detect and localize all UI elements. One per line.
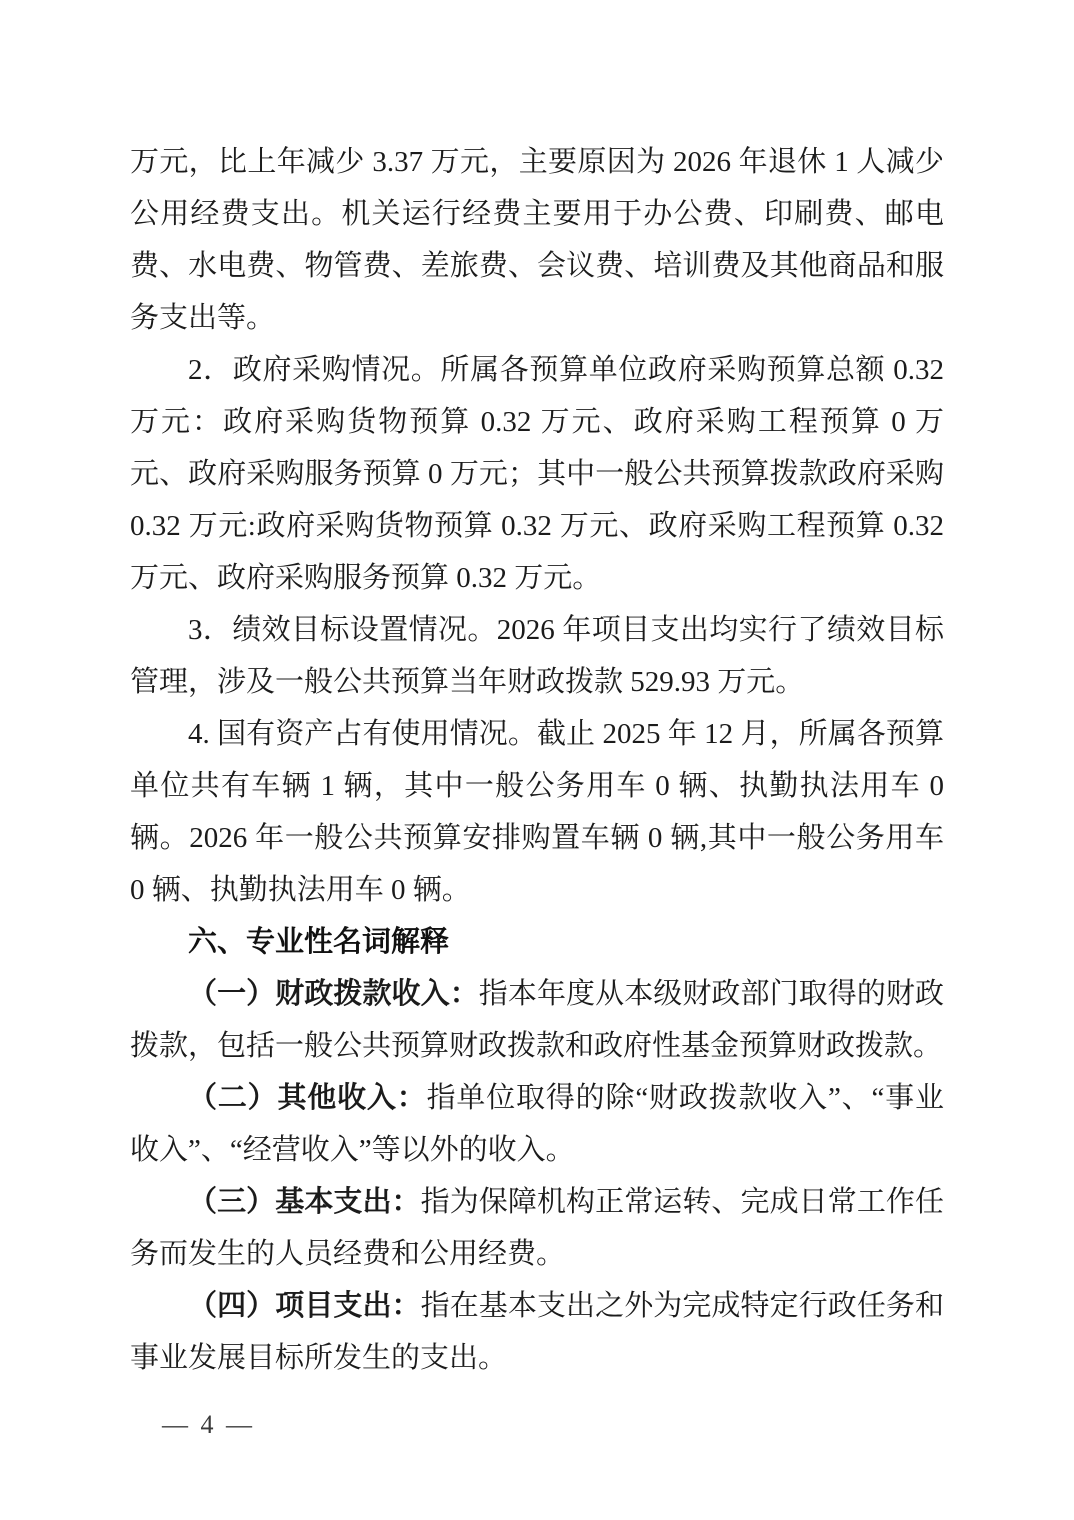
paragraph-operating-expenses-continuation: 万元，比上年减少 3.37 万元，主要原因为 2026 年退休 1 人减少公用经… [130, 136, 944, 344]
document-body: 万元，比上年减少 3.37 万元，主要原因为 2026 年退休 1 人减少公用经… [130, 136, 944, 1384]
definition-term: （三）基本支出： [188, 1186, 421, 1218]
page-number: — 4 — [162, 1410, 255, 1440]
paragraph-government-procurement: 2．政府采购情况。所属各预算单位政府采购预算总额 0.32 万元：政府采购货物预… [130, 344, 944, 604]
definition-basic-expenditure: （三）基本支出：指为保障机构正常运转、完成日常工作任务而发生的人员经费和公用经费… [130, 1176, 944, 1280]
paragraph-state-owned-assets: 4. 国有资产占有使用情况。截止 2025 年 12 月，所属各预算单位共有车辆… [130, 708, 944, 916]
definition-other-income: （二）其他收入：指单位取得的除“财政拨款收入”、“事业收入”、“经营收入”等以外… [130, 1072, 944, 1176]
definition-term: （一）财政拨款收入： [188, 978, 479, 1010]
definition-project-expenditure: （四）项目支出：指在基本支出之外为完成特定行政任务和事业发展目标所发生的支出。 [130, 1280, 944, 1384]
definition-fiscal-appropriation-income: （一）财政拨款收入：指本年度从本级财政部门取得的财政拨款，包括一般公共预算财政拨… [130, 968, 944, 1072]
paragraph-performance-targets: 3．绩效目标设置情况。2026 年项目支出均实行了绩效目标管理，涉及一般公共预算… [130, 604, 944, 708]
definition-term: （四）项目支出： [188, 1290, 421, 1322]
document-page: { "document": { "paragraphs": [ { "name"… [0, 0, 1074, 1520]
section-heading-terminology: 六、专业性名词解释 [130, 916, 944, 968]
definition-term: （二）其他收入： [188, 1082, 427, 1114]
